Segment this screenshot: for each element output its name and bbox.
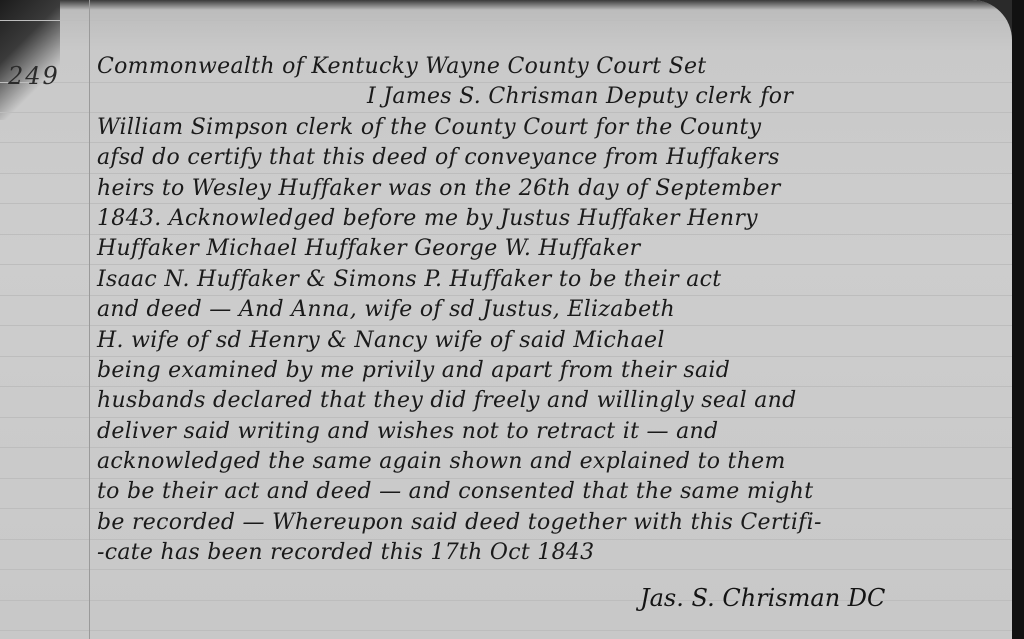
text-line: -cate has been recorded this 17th Oct 18… [97,538,997,568]
text-line: Huffaker Michael Huffaker George W. Huff… [97,234,997,264]
text-line: be recorded — Whereupon said deed togeth… [97,508,997,538]
margin-line [89,0,90,639]
text-line: deliver said writing and wishes not to r… [97,417,997,447]
ruled-line [0,20,1012,21]
ruled-line [0,569,1012,570]
page-top-shadow [0,0,1012,10]
text-line: being examined by me privily and apart f… [97,356,997,386]
text-line: husbands declared that they did freely a… [97,386,997,416]
page-corner-shadow [0,0,60,120]
text-line: afsd do certify that this deed of convey… [97,143,997,173]
text-line: and deed — And Anna, wife of sd Justus, … [97,295,997,325]
clerk-signature: Jas. S. Chrisman DC [640,584,885,612]
text-line: 1843. Acknowledged before me by Justus H… [97,204,997,234]
text-line: heirs to Wesley Huffaker was on the 26th… [97,174,997,204]
text-line: H. wife of sd Henry & Nancy wife of said… [97,326,997,356]
text-line: Commonwealth of Kentucky Wayne County Co… [97,52,997,82]
text-line: William Simpson clerk of the County Cour… [97,113,997,143]
text-line: to be their act and deed — and consented… [97,477,997,507]
text-line: acknowledged the same again shown and ex… [97,447,997,477]
ruled-line [0,630,1012,631]
page-right-edge [1012,0,1024,639]
text-line: I James S. Chrisman Deputy clerk for [97,82,997,112]
entry-number: 249 [8,62,60,90]
text-line: Isaac N. Huffaker & Simons P. Huffaker t… [97,265,997,295]
ledger-page: 249 Commonwealth of Kentucky Wayne Count… [0,0,1012,639]
deed-certificate-text: Commonwealth of Kentucky Wayne County Co… [97,52,997,569]
